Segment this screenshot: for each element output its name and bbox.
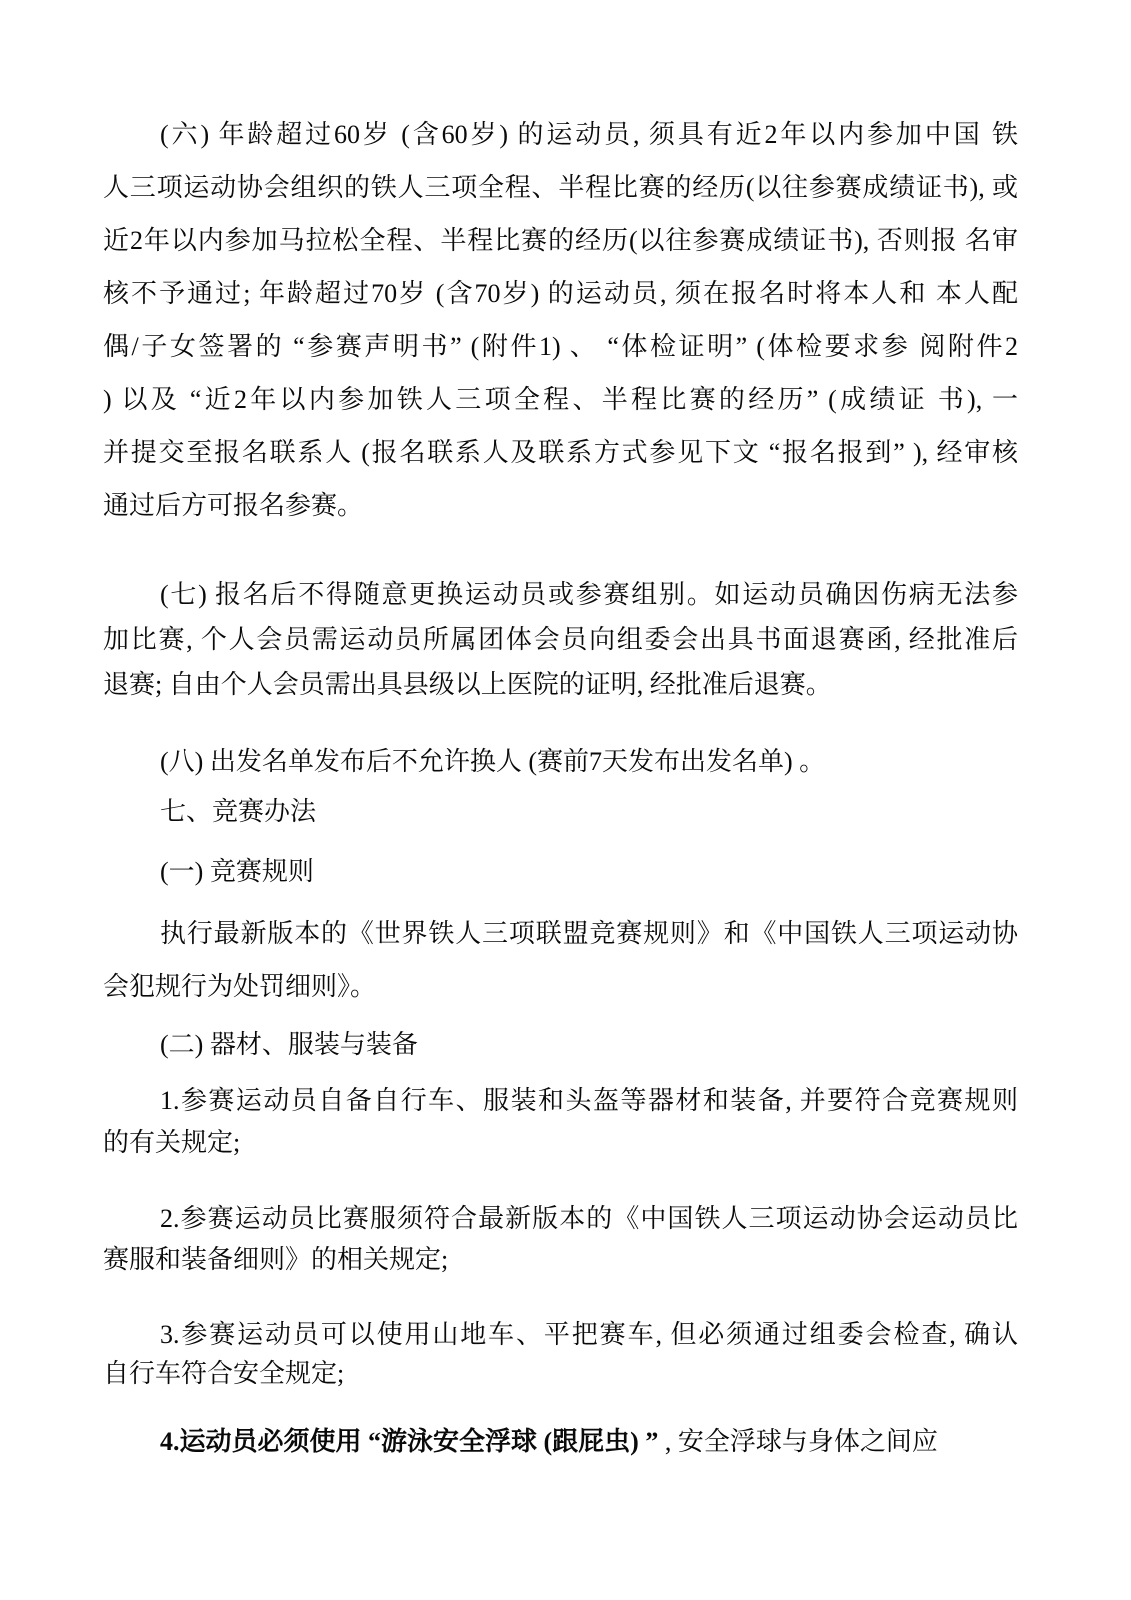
document-page: (六) 年龄超过60岁 (含60岁) 的运动员, 须具有近2年以内参加中国 铁人…	[0, 0, 1131, 1600]
text-segment: (六) 年龄超过60岁 (含60岁) 的运动员, 须具有近2年以内参加中国 铁	[160, 120, 1018, 149]
text-line: (一) 竞赛规则	[103, 849, 1018, 894]
text-segment: 并提交至报名联系人 (报名联系人及联系方式参见下文 “报名报到” ), 经审核	[103, 438, 1018, 467]
text-segment: (八) 出发名单发布后不允许换人 (赛前7天发布出发名单) 。	[160, 747, 825, 776]
text-line: 并提交至报名联系人 (报名联系人及联系方式参见下文 “报名报到” ), 经审核	[103, 426, 1018, 479]
paragraph-rules: 执行最新版本的《世界铁人三项联盟竞赛规则》和《中国铁人三项运动协会犯规行为处罚细…	[103, 907, 1018, 1013]
text-segment: 赛服和装备细则》的相关规定;	[103, 1245, 448, 1274]
text-line: (二) 器材、服装与装备	[103, 1022, 1018, 1067]
text-segment: 3.参赛运动员可以使用山地车、平把赛车, 但必须通过组委会检查, 确认	[160, 1320, 1018, 1349]
text-line: 执行最新版本的《世界铁人三项联盟竞赛规则》和《中国铁人三项运动协	[103, 907, 1018, 960]
paragraph-numbered-2: 2.参赛运动员比赛服须符合最新版本的《中国铁人三项运动协会运动员比赛服和装备细则…	[103, 1198, 1018, 1280]
text-segment: 2.参赛运动员比赛服须符合最新版本的《中国铁人三项运动协会运动员比	[160, 1204, 1018, 1233]
text-segment: 近2年以内参加马拉松全程、半程比赛的经历(以往参赛成绩证书), 否则报 名审	[103, 226, 1018, 255]
text-line: 1.参赛运动员自备自行车、服装和头盔等器材和装备, 并要符合竞赛规则	[103, 1080, 1018, 1122]
text-segment: 退赛; 自由个人会员需出具县级以上医院的证明, 经批准后退赛。	[103, 670, 832, 699]
paragraph-item-7: (七) 报名后不得随意更换运动员或参赛组别。如运动员确因伤病无法参加比赛, 个人…	[103, 572, 1018, 707]
paragraph-numbered-3: 3.参赛运动员可以使用山地车、平把赛车, 但必须通过组委会检查, 确认自行车符合…	[103, 1315, 1018, 1393]
text-line: 核不予通过; 年龄超过70岁 (含70岁) 的运动员, 须在报名时将本人和 本人…	[103, 267, 1018, 320]
heading-subsection-2: (二) 器材、服装与装备	[103, 1022, 1018, 1067]
text-line: 退赛; 自由个人会员需出具县级以上医院的证明, 经批准后退赛。	[103, 662, 1018, 707]
text-segment: 偶/子女签署的 “参赛声明书” (附件1) 、 “体检证明” (体检要求参 阅附…	[103, 332, 1018, 361]
text-segment: 加比赛, 个人会员需运动员所属团体会员向组委会出具书面退赛函, 经批准后	[103, 625, 1018, 654]
heading-section-7: 七、竞赛办法	[103, 789, 1018, 834]
text-segment: 执行最新版本的《世界铁人三项联盟竞赛规则》和《中国铁人三项运动协	[160, 919, 1018, 948]
text-line: 加比赛, 个人会员需运动员所属团体会员向组委会出具书面退赛函, 经批准后	[103, 617, 1018, 662]
text-segment: 自行车符合安全规定;	[103, 1359, 344, 1388]
text-segment: (七) 报名后不得随意更换运动员或参赛组别。如运动员确因伤病无法参	[160, 580, 1018, 609]
text-line: 自行车符合安全规定;	[103, 1354, 1018, 1393]
text-line: 4.运动员必须使用 “游泳安全浮球 (跟屁虫) ” , 安全浮球与身体之间应	[103, 1421, 1018, 1463]
text-line: 近2年以内参加马拉松全程、半程比赛的经历(以往参赛成绩证书), 否则报 名审	[103, 214, 1018, 267]
text-line: 3.参赛运动员可以使用山地车、平把赛车, 但必须通过组委会检查, 确认	[103, 1315, 1018, 1354]
text-segment: 1.参赛运动员自备自行车、服装和头盔等器材和装备, 并要符合竞赛规则	[160, 1086, 1018, 1115]
paragraph-numbered-4: 4.运动员必须使用 “游泳安全浮球 (跟屁虫) ” , 安全浮球与身体之间应	[103, 1421, 1018, 1463]
text-segment: 人三项运动协会组织的铁人三项全程、半程比赛的经历(以往参赛成绩证书), 或	[103, 173, 1018, 202]
text-segment: 通过后方可报名参赛。	[103, 491, 363, 520]
paragraph-item-6: (六) 年龄超过60岁 (含60岁) 的运动员, 须具有近2年以内参加中国 铁人…	[103, 108, 1018, 532]
text-line: 的有关规定;	[103, 1122, 1018, 1164]
text-line: ) 以及 “近2年以内参加铁人三项全程、半程比赛的经历” (成绩证 书), 一	[103, 373, 1018, 426]
text-line: (七) 报名后不得随意更换运动员或参赛组别。如运动员确因伤病无法参	[103, 572, 1018, 617]
text-line: 偶/子女签署的 “参赛声明书” (附件1) 、 “体检证明” (体检要求参 阅附…	[103, 320, 1018, 373]
bold-text-segment: 4.运动员必须使用 “游泳安全浮球 (跟屁虫) ”	[160, 1427, 665, 1456]
text-line: 2.参赛运动员比赛服须符合最新版本的《中国铁人三项运动协会运动员比	[103, 1198, 1018, 1239]
text-segment: 核不予通过; 年龄超过70岁 (含70岁) 的运动员, 须在报名时将本人和 本人…	[103, 279, 1018, 308]
paragraph-item-8: (八) 出发名单发布后不允许换人 (赛前7天发布出发名单) 。	[103, 739, 1018, 784]
text-segment: (一) 竞赛规则	[160, 857, 314, 886]
text-line: 人三项运动协会组织的铁人三项全程、半程比赛的经历(以往参赛成绩证书), 或	[103, 161, 1018, 214]
paragraph-numbered-1: 1.参赛运动员自备自行车、服装和头盔等器材和装备, 并要符合竞赛规则的有关规定;	[103, 1080, 1018, 1164]
text-line: 通过后方可报名参赛。	[103, 479, 1018, 532]
text-line: (八) 出发名单发布后不允许换人 (赛前7天发布出发名单) 。	[103, 739, 1018, 784]
text-line: 七、竞赛办法	[103, 789, 1018, 834]
text-segment: 的有关规定;	[103, 1128, 240, 1157]
text-line: (六) 年龄超过60岁 (含60岁) 的运动员, 须具有近2年以内参加中国 铁	[103, 108, 1018, 161]
text-segment: , 安全浮球与身体之间应	[665, 1427, 938, 1456]
document-content: (六) 年龄超过60岁 (含60岁) 的运动员, 须具有近2年以内参加中国 铁人…	[0, 0, 1131, 1600]
text-segment: 会犯规行为处罚细则》。	[103, 972, 376, 1001]
text-line: 会犯规行为处罚细则》。	[103, 960, 1018, 1013]
text-line: 赛服和装备细则》的相关规定;	[103, 1239, 1018, 1280]
heading-subsection-1: (一) 竞赛规则	[103, 849, 1018, 894]
text-segment: (二) 器材、服装与装备	[160, 1030, 418, 1059]
text-segment: ) 以及 “近2年以内参加铁人三项全程、半程比赛的经历” (成绩证 书), 一	[103, 385, 1018, 414]
text-segment: 七、竞赛办法	[160, 797, 316, 826]
